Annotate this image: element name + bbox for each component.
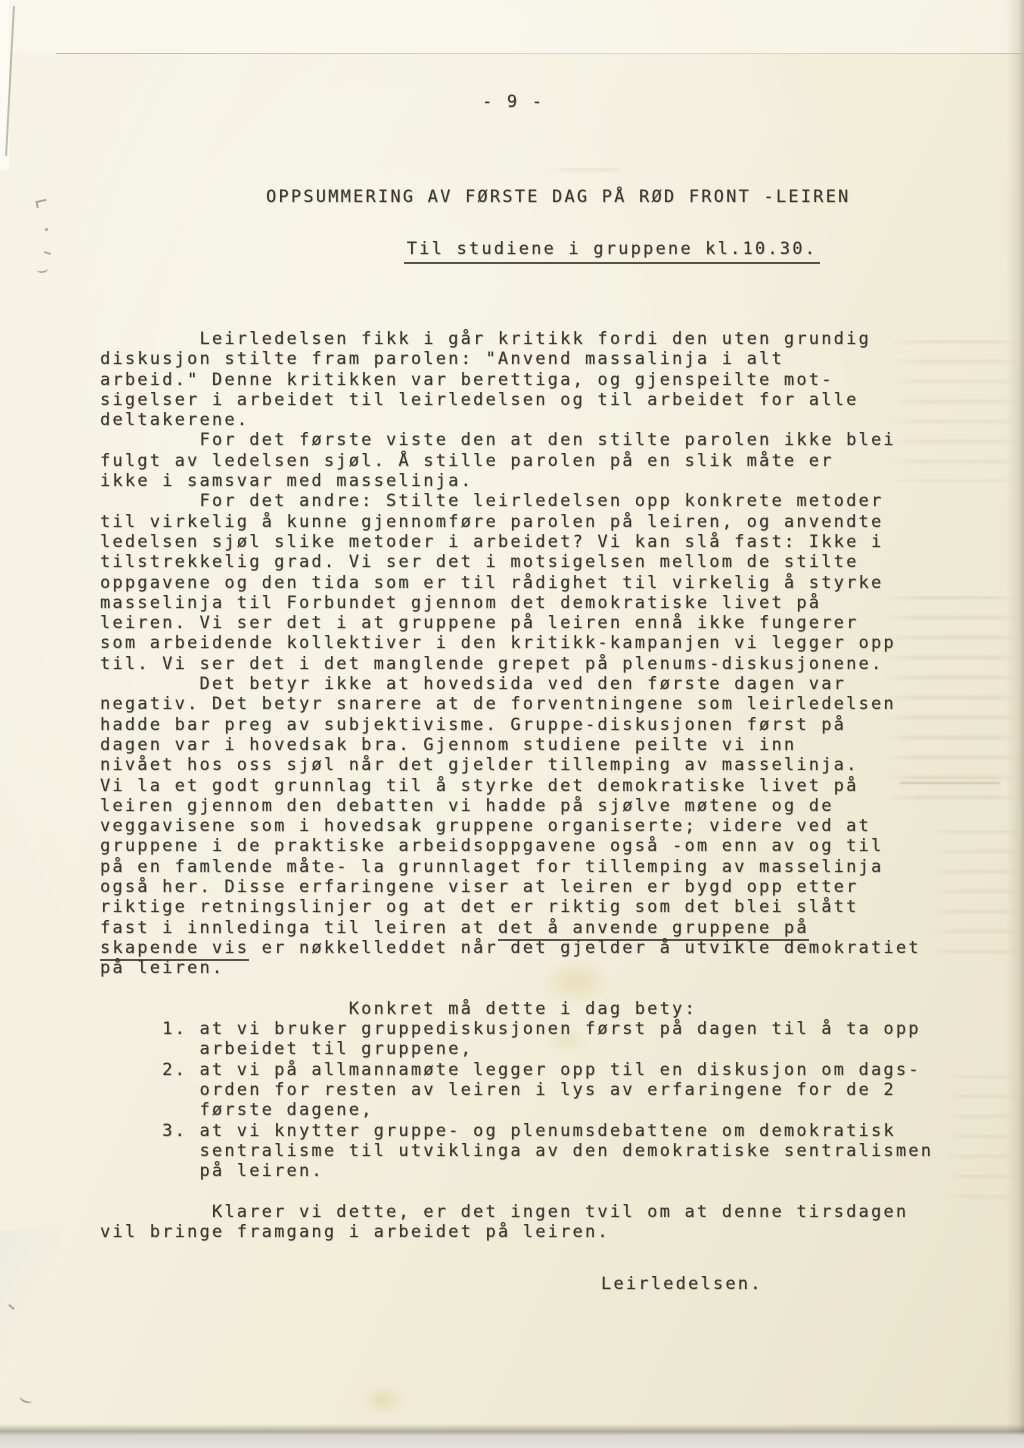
- text-line: veggavisene som i hovedsak gruppene orga…: [100, 816, 980, 836]
- text-line: dagen var i hovedsak bra. Gjennom studie…: [100, 735, 980, 755]
- text-line: deltakerene.: [100, 410, 980, 430]
- paper-corner-bottom-left: [0, 1230, 60, 1448]
- text-line: tilstrekkelig grad. Vi ser det i motsige…: [100, 552, 980, 572]
- text-line: [100, 1181, 980, 1201]
- pencil-mark: [44, 251, 51, 255]
- document-subtitle-text: Til studiene i gruppene kl.10.30.: [404, 239, 820, 264]
- text-line: Leirledelsen fikk i går kritikk fordi de…: [100, 329, 980, 349]
- text-line: leiren gjennom den debatten vi hadde på …: [100, 796, 980, 816]
- text-line: oppgavene og den tida som er til rådighe…: [100, 573, 980, 593]
- ink-bleed-through: [548, 168, 624, 188]
- text-line: For det første viste den at den stilte p…: [100, 430, 980, 450]
- scanner-background-sliver: [0, 0, 9, 170]
- scanned-document-page: - 9 - OPPSUMMERING AV FØRSTE DAG PÅ RØD …: [0, 0, 1024, 1448]
- text-line: masselinja til Forbundet gjennom det dem…: [100, 593, 980, 613]
- document-title: OPPSUMMERING AV FØRSTE DAG PÅ RØD FRONT …: [266, 187, 850, 207]
- text-line: Klarer vi dette, er det ingen tvil om at…: [100, 1202, 980, 1222]
- document-body: Leirledelsen fikk i går kritikk fordi de…: [100, 269, 980, 1335]
- text-line: 1. at vi bruker gruppediskusjonen først …: [100, 1019, 980, 1039]
- text-line: ledelsen sjøl slike metoder i arbeidet? …: [100, 532, 980, 552]
- paper-edge-top: [56, 53, 1022, 54]
- pencil-mark: [8, 1304, 15, 1310]
- text-line: 2. at vi på allmannamøte legger opp til …: [100, 1060, 980, 1080]
- pencil-mark: [35, 199, 47, 208]
- text-line: orden for resten av leiren i lys av erfa…: [100, 1080, 980, 1100]
- text-line: For det andre: Stilte leirledelsen opp k…: [100, 491, 980, 511]
- paper-edge-right: [1006, 0, 1024, 1448]
- text-line: fulgt av ledelsen sjøl. Å stille parolen…: [100, 451, 980, 471]
- text-line: som arbeidende kollektiver i den kritikk…: [100, 633, 980, 653]
- text-line: også her. Disse erfaringene viser at lei…: [100, 877, 980, 897]
- text-line: fast i innledinga til leiren at det å an…: [100, 918, 980, 938]
- text-line: Konkret må dette i dag bety:: [100, 999, 980, 1019]
- text-line: på en famlende måte- la grunnlaget for t…: [100, 857, 980, 877]
- text-line: Det betyr ikke at hovedsida ved den førs…: [100, 674, 980, 694]
- text-line: leiren. Vi ser det i at gruppene på leir…: [100, 613, 980, 633]
- text-line: 3. at vi knytter gruppe- og plenumsdebat…: [100, 1121, 980, 1141]
- text-line: første dagene,: [100, 1100, 980, 1120]
- text-line: gruppene i de praktiske arbeidsoppgavene…: [100, 836, 980, 856]
- text-line: riktige retningslinjer og at det er rikt…: [100, 897, 980, 917]
- text-line: ikke i samsvar med masselinja.: [100, 471, 980, 491]
- paper-edge-bottom: [0, 1424, 1024, 1448]
- paper-edge-left: [5, 6, 15, 156]
- signature: Leirledelsen.: [100, 1274, 980, 1294]
- text-line: hadde bar preg av subjektivisme. Gruppe-…: [100, 715, 980, 735]
- pencil-mark: [37, 265, 49, 273]
- text-line: diskusjon stilte fram parolen: "Anvend m…: [100, 349, 980, 369]
- pencil-mark: [19, 1392, 35, 1406]
- text-line: Vi la et godt grunnlag til å styrke det …: [100, 776, 980, 796]
- text-line: vil bringe framgang i arbeidet på leiren…: [100, 1222, 980, 1242]
- text-line: sentralisme til utviklinga av den demokr…: [100, 1141, 980, 1161]
- text-line: på leiren.: [100, 958, 980, 978]
- text-line: på leiren.: [100, 1161, 980, 1181]
- text-segment: fast i innledinga til leiren at: [100, 918, 498, 938]
- text-line: skapende vis er nøkkelleddet når det gje…: [100, 938, 980, 958]
- text-line: til. Vi ser det i det manglende grepet p…: [100, 654, 980, 674]
- paper-top-lighter-strip: [0, 0, 1024, 53]
- text-line: [100, 979, 980, 999]
- text-line: til virkelig å kunne gjennomføre parolen…: [100, 512, 980, 532]
- paper-stain: [358, 1384, 408, 1416]
- text-line: arbeidet til gruppene,: [100, 1039, 980, 1059]
- text-segment: er nøkkelleddet når det gjelder å utvikl…: [249, 938, 920, 958]
- text-line: negativ. Det betyr snarere at de forvent…: [100, 694, 980, 714]
- text-line: sigelser i arbeidet til leirledelsen og …: [100, 390, 980, 410]
- text-line: arbeid." Denne kritikken var berettiga, …: [100, 370, 980, 390]
- page-number: - 9 -: [482, 92, 544, 112]
- text-line: nivået hos oss sjøl når det gjelder till…: [100, 755, 980, 775]
- pencil-mark: [45, 228, 48, 231]
